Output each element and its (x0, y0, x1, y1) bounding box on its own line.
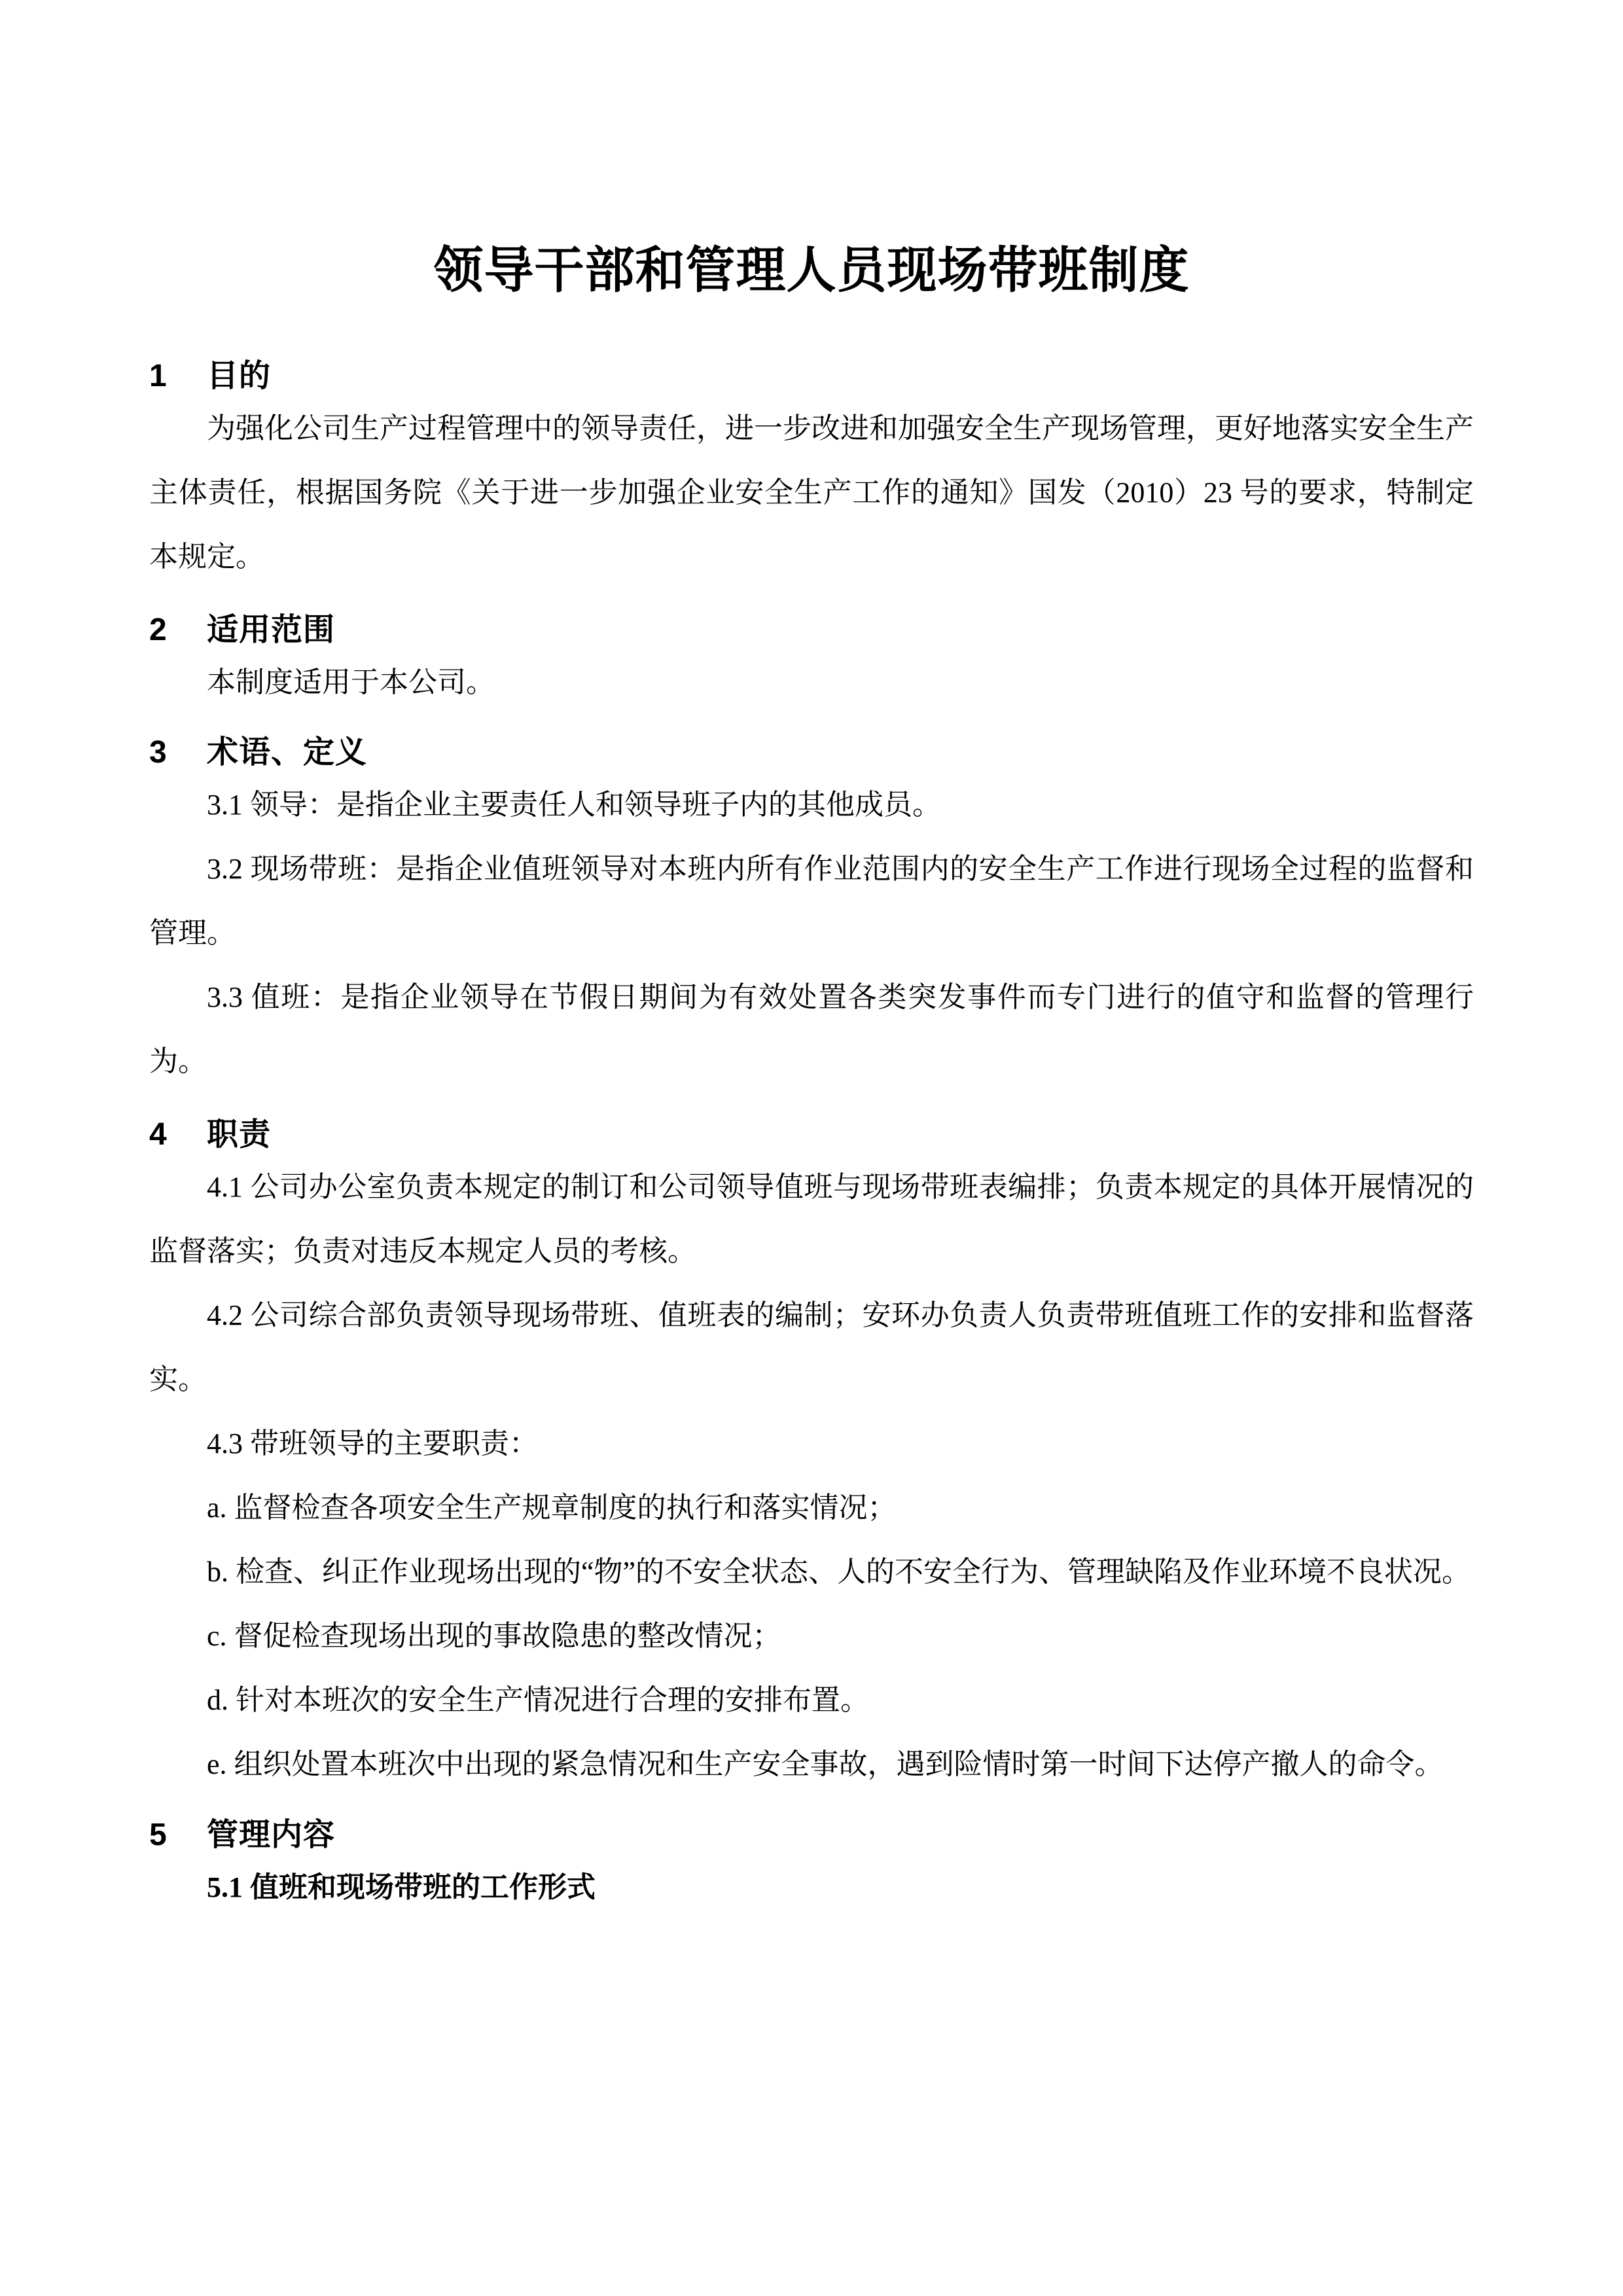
section-4-title: 职责 (207, 1115, 271, 1155)
section-3-number: 3 (149, 732, 168, 773)
duty-item-b: b. 检查、纠正作业现场出现的“物”的不安全状态、人的不安全行为、管理缺陷及作业… (149, 1540, 1474, 1604)
section-2-title: 适用范围 (207, 610, 335, 651)
document-content: 领导干部和管理人员现场带班制度 1 目的 为强化公司生产过程管理中的领导责任，进… (149, 0, 1474, 1920)
section-2-heading: 2 适用范围 (149, 610, 1474, 651)
duty-item-c: c. 督促检查现场出现的事故隐患的整改情况； (149, 1604, 1474, 1668)
section-3-heading: 3 术语、定义 (149, 732, 1474, 773)
section-4-number: 4 (149, 1115, 168, 1155)
section-2-paragraph: 本制度适用于本公司。 (149, 651, 1474, 715)
section-5-title: 管理内容 (207, 1815, 335, 1856)
document-title: 领导干部和管理人员现场带班制度 (149, 0, 1474, 302)
section-1-heading: 1 目的 (149, 356, 1474, 397)
section-1-number: 1 (149, 356, 168, 397)
duty-item-a: a. 监督检查各项安全生产规章制度的执行和落实情况； (149, 1476, 1474, 1540)
duty-item-d: d. 针对本班次的安全生产情况进行合理的安排布置。 (149, 1668, 1474, 1732)
document-page: 领导干部和管理人员现场带班制度 1 目的 为强化公司生产过程管理中的领导责任，进… (0, 0, 1623, 2296)
section-1-paragraph: 为强化公司生产过程管理中的领导责任，进一步改进和加强安全生产现场管理，更好地落实… (149, 397, 1474, 589)
duty-4-2: 4.2 公司综合部负责领导现场带班、值班表的编制；安环办负责人负责带班值班工作的… (149, 1283, 1474, 1412)
duty-4-3: 4.3 带班领导的主要职责： (149, 1412, 1474, 1476)
section-3-title: 术语、定义 (207, 732, 367, 773)
duty-4-1: 4.1 公司办公室负责本规定的制订和公司领导值班与现场带班表编排；负责本规定的具… (149, 1155, 1474, 1283)
section-2-number: 2 (149, 610, 168, 651)
duty-item-e: e. 组织处置本班次中出现的紧急情况和生产安全事故，遇到险情时第一时间下达停产撤… (149, 1732, 1474, 1797)
section-5-heading: 5 管理内容 (149, 1815, 1474, 1856)
subsection-5-1-heading: 5.1 值班和现场带班的工作形式 (149, 1856, 1474, 1920)
section-5-number: 5 (149, 1815, 168, 1856)
section-1-title: 目的 (207, 356, 271, 397)
term-definition-3-1: 3.1 领导：是指企业主要责任人和领导班子内的其他成员。 (149, 773, 1474, 837)
term-definition-3-3: 3.3 值班：是指企业领导在节假日期间为有效处置各类突发事件而专门进行的值守和监… (149, 965, 1474, 1094)
term-definition-3-2: 3.2 现场带班：是指企业值班领导对本班内所有作业范围内的安全生产工作进行现场全… (149, 837, 1474, 965)
section-4-heading: 4 职责 (149, 1115, 1474, 1155)
